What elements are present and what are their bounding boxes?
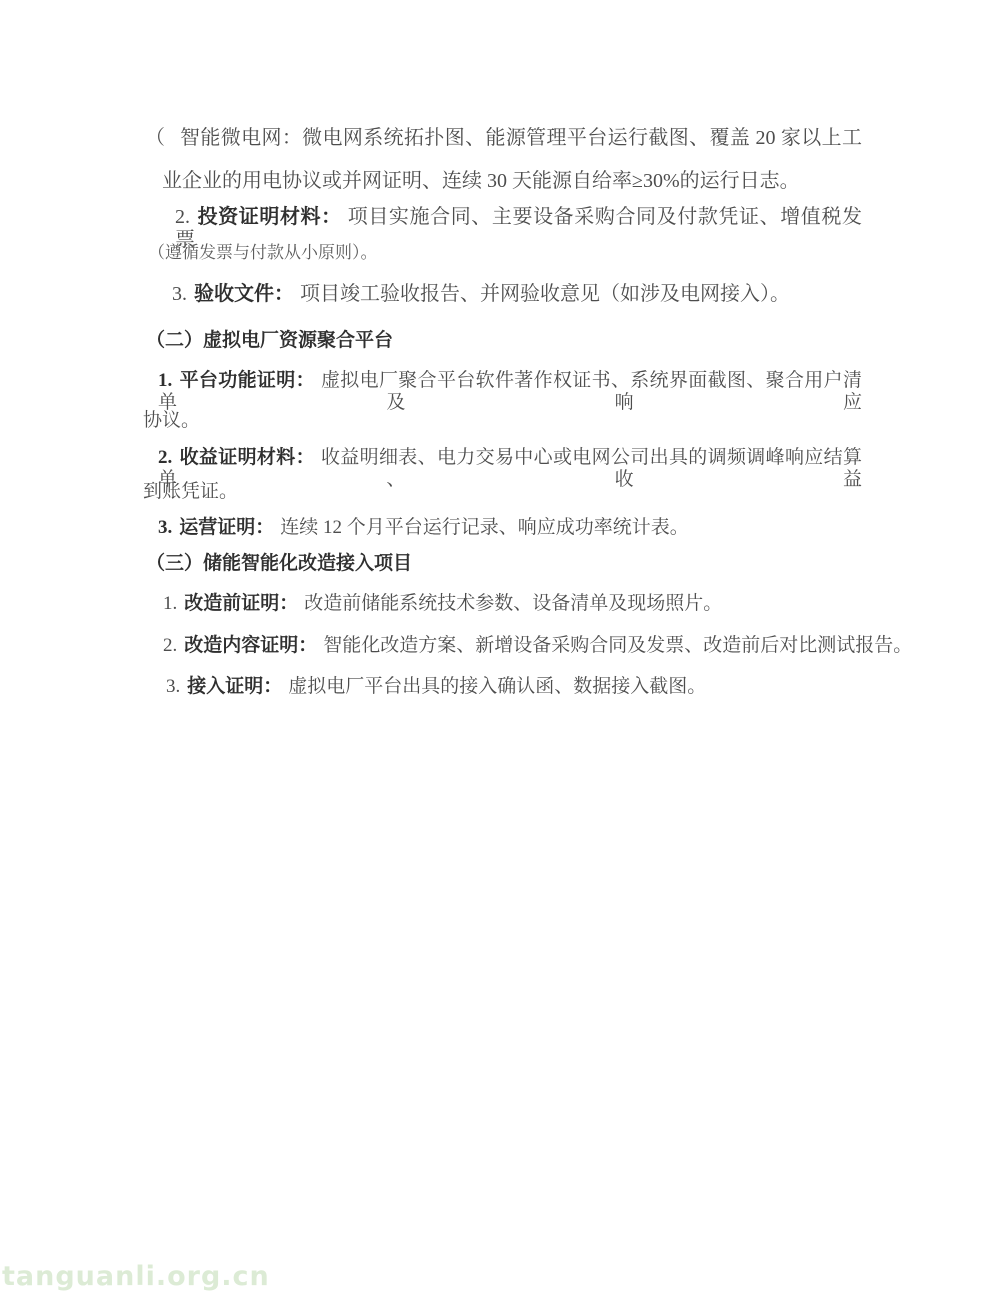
list-bullet: （ <box>145 127 165 150</box>
item-number: 3. <box>172 283 187 305</box>
item-number: 3. <box>158 517 172 538</box>
item-label: 验收文件： <box>194 283 294 305</box>
retrofit-content-proof-item: 2.改造内容证明：智能化改造方案、新增设备采购合同及发票、改造前后对比测试报告。 <box>163 635 912 657</box>
pre-retrofit-proof-item: 1.改造前证明：改造前储能系统技术参数、设备清单及现场照片。 <box>163 593 722 615</box>
item-text: 智能化改造方案、新增设备采购合同及发票、改造前后对比测试报告。 <box>323 635 912 656</box>
revenue-proof-item-line2: 到账凭证。 <box>143 481 238 503</box>
operation-proof-item: 3.运营证明：连续 12 个月平台运行记录、响应成功率统计表。 <box>158 517 689 539</box>
item-label: 改造前证明： <box>184 593 298 614</box>
item-label: 收益证明材料： <box>179 447 315 468</box>
item-text: 连续 12 个月平台运行记录、响应成功率统计表。 <box>280 517 689 538</box>
item-number: 2. <box>175 206 190 228</box>
section2-heading: （二）虚拟电厂资源聚合平台 <box>146 330 393 352</box>
microgrid-item-line2: 业企业的用电协议或并网证明、连续 30 天能源自给率≥30%的运行日志。 <box>162 170 800 193</box>
document-page: （ 智能微电网：微电网系统拓扑图、能源管理平台运行截图、覆盖 20 家以上工 业… <box>0 0 1000 1294</box>
item-text: 项目竣工验收报告、并网验收意见（如涉及电网接入）。 <box>300 283 790 305</box>
acceptance-docs-item: 3.验收文件：项目竣工验收报告、并网验收意见（如涉及电网接入）。 <box>172 283 790 306</box>
access-proof-item: 3.接入证明：虚拟电厂平台出具的接入确认函、数据接入截图。 <box>166 676 706 698</box>
revenue-proof-item-line1: 2.收益证明材料：收益明细表、电力交易中心或电网公司出具的调频调峰响应结算单、收… <box>158 447 862 491</box>
item-text: 虚拟电厂平台出具的接入确认函、数据接入截图。 <box>288 676 706 697</box>
item-label: 投资证明材料： <box>197 206 342 228</box>
item-number: 2. <box>163 635 177 656</box>
platform-function-item-line1: 1.平台功能证明：虚拟电厂聚合平台软件著作权证书、系统界面截图、聚合用户清单及响… <box>158 370 862 414</box>
item-label: 接入证明： <box>187 676 282 697</box>
item-number: 1. <box>163 593 177 614</box>
platform-function-item-line2: 协议。 <box>143 410 200 432</box>
item-number: 2. <box>158 447 172 468</box>
item-label: 改造内容证明： <box>184 635 317 656</box>
section3-heading: （三）储能智能化改造接入项目 <box>146 553 412 575</box>
item-number: 1. <box>158 370 172 391</box>
item-text: 改造前储能系统技术参数、设备清单及现场照片。 <box>304 593 722 614</box>
item-label: 运营证明： <box>179 517 274 538</box>
item-label: 平台功能证明： <box>179 370 315 391</box>
investment-proof-note: （遵循发票与付款从小原则）。 <box>148 243 378 263</box>
microgrid-item-line1: 智能微电网：微电网系统拓扑图、能源管理平台运行截图、覆盖 20 家以上工 <box>180 127 862 150</box>
site-watermark: tanguanli.org.cn <box>2 1261 270 1292</box>
item-number: 3. <box>166 676 180 697</box>
